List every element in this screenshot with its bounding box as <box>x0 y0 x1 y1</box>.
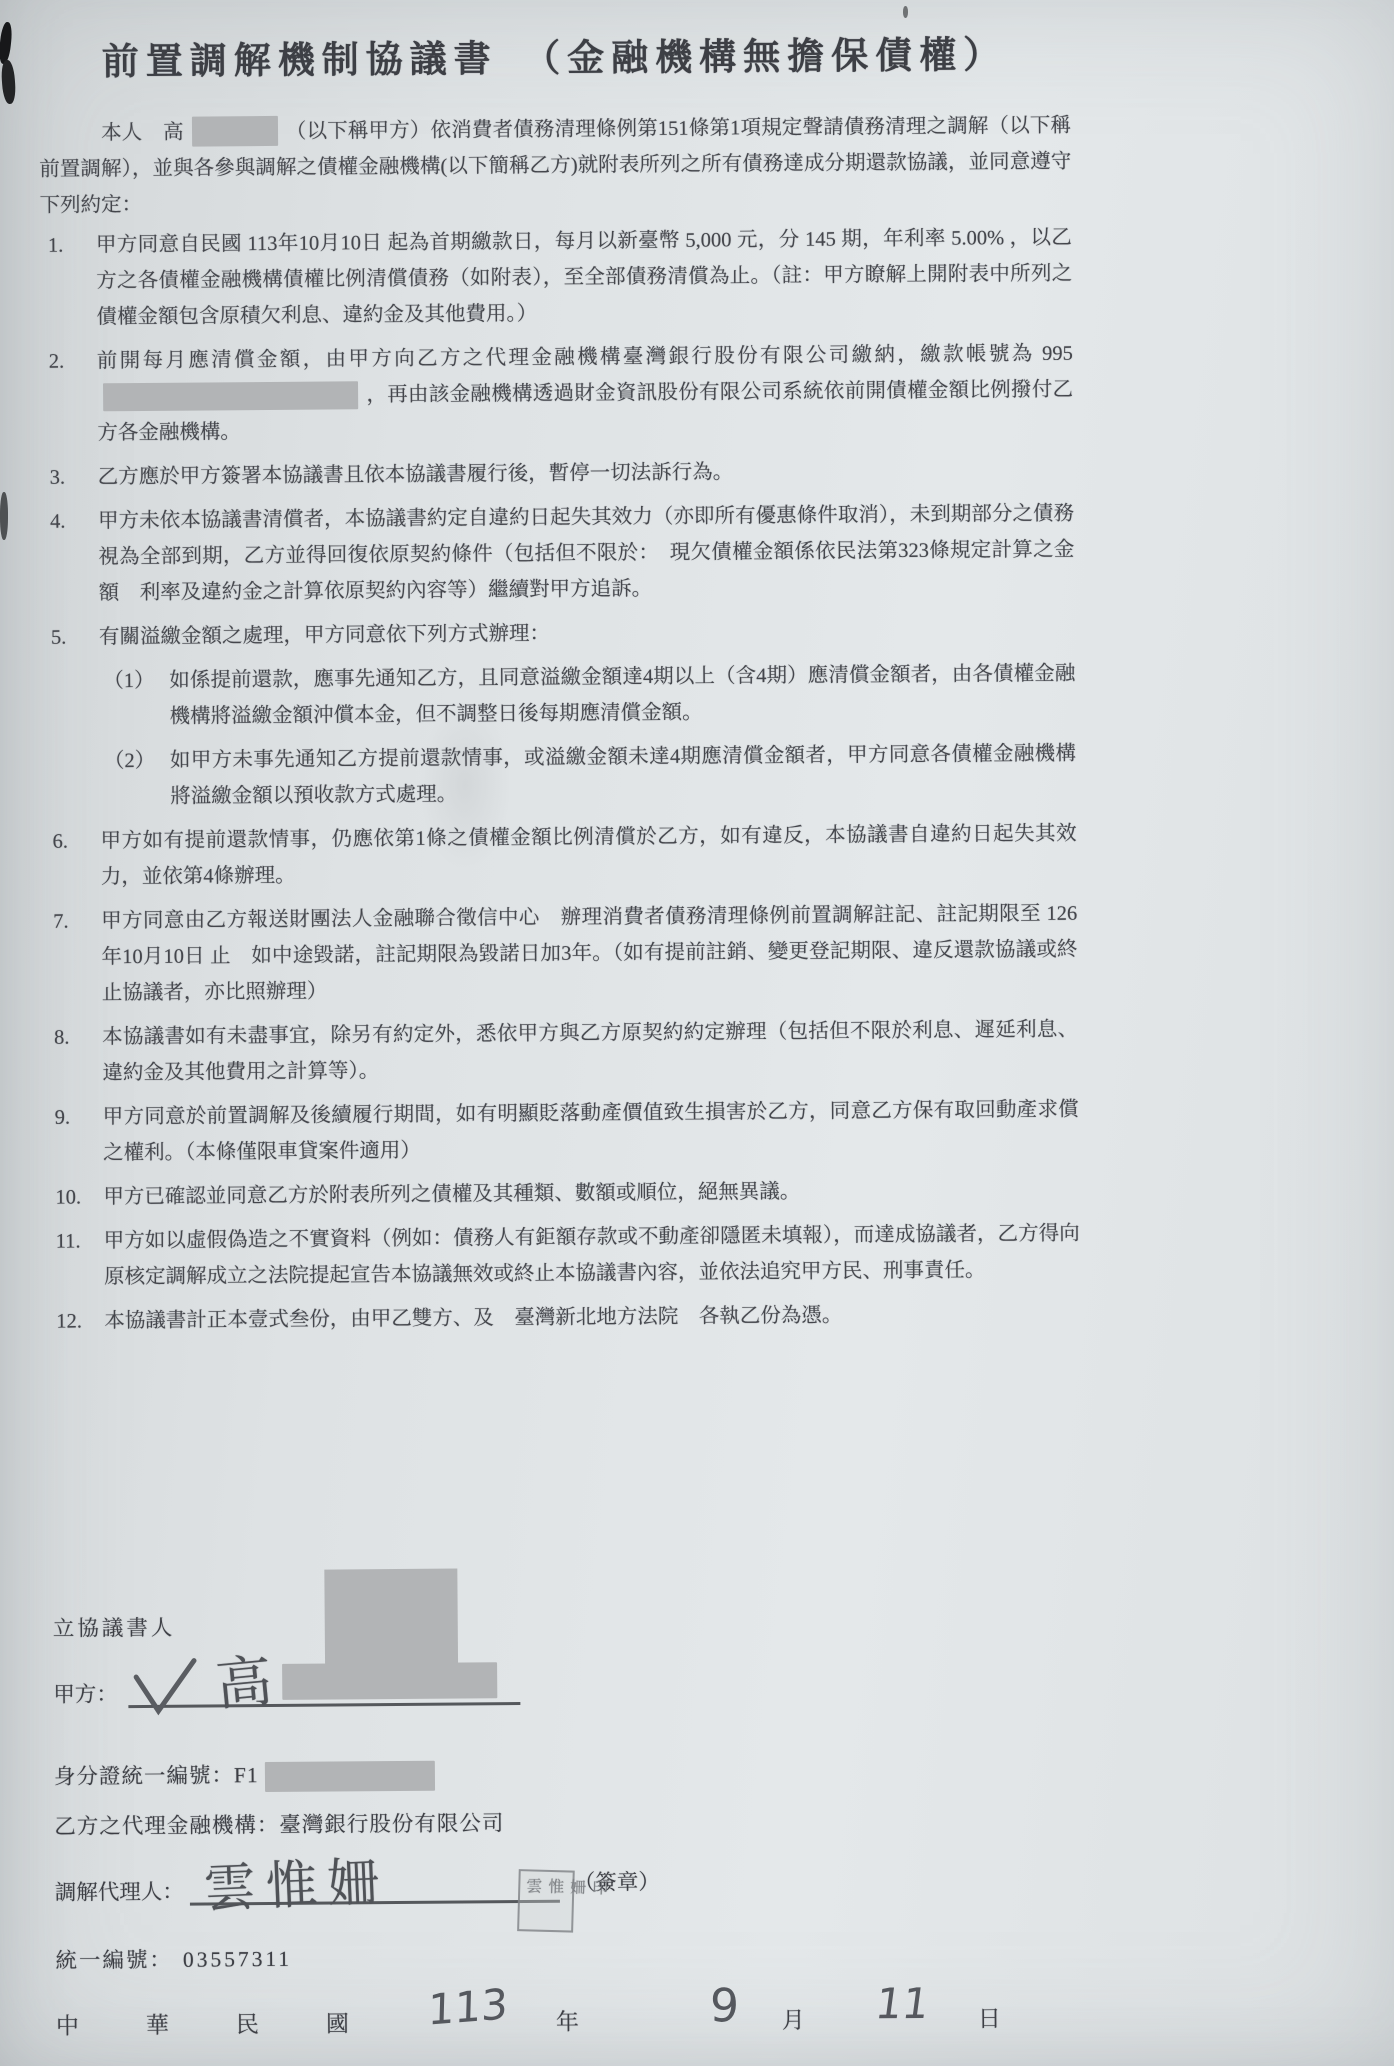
clause-11: 11.甲方如以虛假偽造之不實資料（例如：債務人有鉅額存款或不動產卻隱匿未填報），… <box>48 1216 1081 1296</box>
month-label: 月 <box>782 2002 805 2035</box>
clause-text: 甲方已確認並同意乙方於附表所列之債權及其種類、數額或順位，絕無異議。 <box>103 1181 800 1208</box>
party-a-handwritten-signature: 高 <box>213 1654 274 1715</box>
clause-12: 12.本協議書計正本壹式叁份，由甲乙雙方、及 臺灣新北地方法院 各執乙份為憑。 <box>48 1296 1080 1340</box>
clause-7: 7.甲方同意由乙方報送財團法人金融聯合徵信中心 辦理消費者債務清理條例前置調解註… <box>45 896 1078 1012</box>
clause-text: 甲方未依本協議書清償者，本協議書約定自違約日起失其效力（亦即所有優惠條件取消），… <box>98 503 1074 605</box>
redacted-account-box <box>103 381 358 411</box>
clause-2: 2.前開每月應清償金額，由甲方向乙方之代理金融機構臺灣銀行股份有限公司繳納，繳款… <box>41 336 1074 452</box>
clause-text: 乙方應於甲方簽署本協議書且依本協議書履行後，暫停一切法訴行為。 <box>98 462 734 489</box>
maker-label: 立協議書人 <box>53 1611 176 1643</box>
signature-block: 立協議書人 甲方： 高 身分證統一編號：F1 乙方之代理金融機構：臺灣銀行股份有… <box>53 1596 1067 2066</box>
clause-text: 有關溢繳金額之處理，甲方同意依下列方式辦理： <box>99 623 550 649</box>
party-a-signature-line: 高 <box>127 1646 519 1708</box>
clause-text: 如甲方未事先通知乙方提前還款情事，或溢繳金額未達4期應清償金額者，甲方同意各債權… <box>170 743 1076 808</box>
clause-text: 甲方如有提前還款情事，仍應依第1條之債權金額比例清償於乙方，如有違反，本協議書自… <box>101 823 1077 889</box>
clause-number: 10. <box>55 1180 101 1216</box>
uniform-no-label: 統一編號： <box>55 1948 173 1973</box>
clause-text: 甲方同意於前置調解及後續履行期間，如有明顯貶落動產價值致生損害於乙方，同意乙方保… <box>103 1099 1079 1165</box>
party-a-label: 甲方： <box>53 1677 118 1709</box>
era-char: 華 <box>146 2007 169 2040</box>
id-prefix: F1 <box>234 1763 259 1787</box>
clause-10: 10.甲方已確認並同意乙方於附表所列之債權及其種類、數額或順位，絕無異議。 <box>47 1172 1079 1216</box>
year-label: 年 <box>556 2004 579 2037</box>
clause-4: 4.甲方未依本協議書清償者，本協議書約定自違約日起失其效力（亦即所有優惠條件取消… <box>42 496 1075 612</box>
clause-number: 9. <box>55 1100 101 1136</box>
clause-5-sub-1: （1）如係提前還款，應事先通知乙方，且同意溢繳金額達4期以上（含4期）應清償金額… <box>103 656 1076 736</box>
clause-9: 9.甲方同意於前置調解及後續履行期間，如有明顯貶落動產價值致生損害於乙方，同意乙… <box>47 1092 1080 1172</box>
clause-number: 3. <box>50 460 96 496</box>
clause-8: 8.本協議書如有未盡事宜，除另有約定外，悉依甲方與乙方原契約約定辦理（包括但不限… <box>46 1012 1079 1092</box>
redacted-id-box <box>265 1761 435 1792</box>
era-char: 民 <box>236 2006 259 2039</box>
era-char: 中 <box>56 2008 79 2041</box>
clause-6: 6.甲方如有提前還款情事，仍應依第1條之債權金額比例清償於乙方，如有違反，本協議… <box>44 816 1077 896</box>
clause-number: 7. <box>53 904 99 940</box>
agent-bank-name: 臺灣銀行股份有限公司 <box>279 1811 504 1837</box>
checkmark-stroke <box>130 1657 200 1720</box>
intro-paragraph: 本人 高（以下稱甲方）依消費者債務清理條例第151條第1項規定聲請債務清理之調解… <box>39 108 1072 224</box>
day-label: 日 <box>978 2000 1001 2033</box>
agent-bank-row: 乙方之代理金融機構：臺灣銀行股份有限公司 <box>54 1806 504 1841</box>
id-number-row: 身分證統一編號：F1 <box>54 1757 435 1794</box>
clause-3: 3.乙方應於甲方簽署本協議書且依本協議書履行後，暫停一切法訴行為。 <box>42 452 1074 496</box>
name-stamp: 雲惟姍印 <box>517 1869 575 1932</box>
clause-number: （2） <box>104 743 166 779</box>
clause-text: 前開每月應清償金額，由甲方向乙方之代理金融機構臺灣銀行股份有限公司繳納，繳款帳號… <box>97 343 1073 445</box>
agent-bank-label: 乙方之代理金融機構： <box>54 1813 279 1839</box>
handwritten-year: 113 <box>427 1979 508 2034</box>
clause-number: 8. <box>54 1020 100 1056</box>
clause-text: 如係提前還款，應事先通知乙方，且同意溢繳金額達4期以上（含4期）應清償金額者，由… <box>169 663 1075 728</box>
mediator-label: 調解代理人： <box>55 1875 184 1907</box>
era-char: 國 <box>326 2005 349 2038</box>
uniform-number-row: 統一編號：03557311 <box>55 1942 292 1975</box>
handwritten-day: 11 <box>872 1979 932 2028</box>
id-label: 身分證統一編號： <box>54 1763 234 1788</box>
clause-5-sub-2: （2）如甲方未事先通知乙方提前還款情事，或溢繳金額未達4期應清償金額者，甲方同意… <box>104 736 1077 816</box>
clause-number: 1. <box>48 228 94 264</box>
handwritten-month: 9 <box>709 1978 740 2033</box>
clause-list: 1.甲方同意自民國 113年10月10日 起為首期繳款日，每月以新臺幣 5,00… <box>40 220 1081 1340</box>
clause-text-pre: 前開每月應清償金額，由甲方向乙方之代理金融機構臺灣銀行股份有限公司繳納，繳款帳號… <box>97 343 1073 373</box>
clause-number: 5. <box>51 620 97 656</box>
uniform-no-value: 03557311 <box>183 1947 292 1972</box>
mediator-signature-line: 雲惟姍 雲惟姍印 <box>190 1844 560 1906</box>
document-sheet: 前置調解機制協議書 （金融機構無擔保債權） 本人 高（以下稱甲方）依消費者債務清… <box>0 0 1394 2066</box>
mediator-signature-row: 調解代理人： 雲惟姍 雲惟姍印 （簽章） <box>54 1843 659 1907</box>
clause-text: 甲方同意由乙方報送財團法人金融聯合徵信中心 辦理消費者債務清理條例前置調解註記、… <box>101 903 1077 1005</box>
intro-text-pre: 本人 高 <box>101 122 184 145</box>
clause-text: 甲方同意自民國 113年10月10日 起為首期繳款日，每月以新臺幣 5,000 … <box>96 227 1072 329</box>
clause-text: 本協議書如有未盡事宜，除另有約定外，悉依甲方與乙方原契約約定辦理（包括但不限於利… <box>102 1019 1078 1085</box>
mediator-handwritten-signature: 雲惟姍 <box>203 1856 391 1916</box>
clause-number: 2. <box>49 344 95 380</box>
clause-number: 4. <box>50 504 96 540</box>
redacted-name-box <box>192 116 278 147</box>
clause-5: 5.有關溢繳金額之處理，甲方同意依下列方式辦理： <box>43 612 1075 656</box>
party-a-signature-row: 甲方： 高 <box>53 1646 520 1709</box>
clause-text: 甲方如以虛假偽造之不實資料（例如：債務人有鉅額存款或不動產卻隱匿未填報），而達成… <box>104 1223 1080 1289</box>
document-title: 前置調解機制協議書 （金融機構無擔保債權） <box>38 24 1070 86</box>
clause-number: （1） <box>103 663 165 699</box>
date-line: 中 華 民 國 113 年 9 月 11 日 <box>56 1982 1057 2064</box>
clause-text: 本協議書計正本壹式叁份，由甲乙雙方、及 臺灣新北地方法院 各執乙份為憑。 <box>104 1305 842 1333</box>
scanned-document-page: 前置調解機制協議書 （金融機構無擔保債權） 本人 高（以下稱甲方）依消費者債務清… <box>0 0 1394 2066</box>
clause-number: 12. <box>56 1304 102 1340</box>
document-content: 前置調解機制協議書 （金融機構無擔保債權） 本人 高（以下稱甲方）依消費者債務清… <box>38 18 1080 1348</box>
redacted-signature-strip <box>282 1662 497 1700</box>
clause-1: 1.甲方同意自民國 113年10月10日 起為首期繳款日，每月以新臺幣 5,00… <box>40 220 1073 336</box>
clause-number: 6. <box>52 824 98 860</box>
clause-number: 11. <box>56 1224 102 1260</box>
